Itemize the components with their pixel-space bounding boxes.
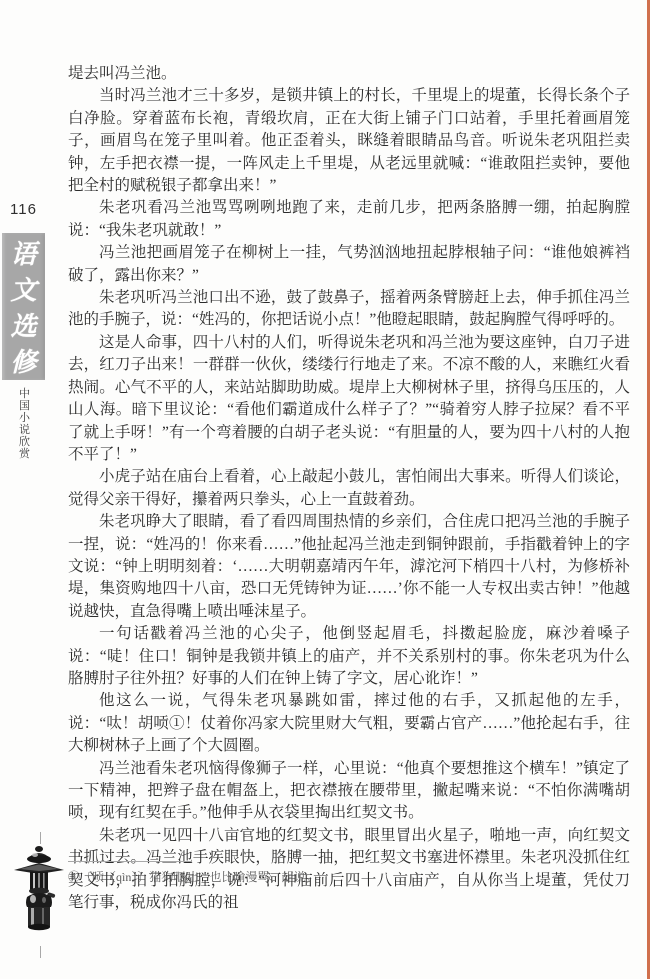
series-char: 文 xyxy=(6,274,42,310)
margin-tick xyxy=(40,946,41,958)
paragraph: 冯兰池看朱老巩恼得像狮子一样，心里说：“他真个要想推这个横车！”镇定了一下精神，… xyxy=(68,758,630,825)
page-number: 116 xyxy=(10,201,37,218)
margin-tick xyxy=(40,832,41,844)
paragraph: 一句话戳着冯兰池的心尖子，他倒竖起眉毛，抖擞起脸庞，麻沙着嗓子说：“唗！住口！铜… xyxy=(68,623,630,690)
footnote-separator xyxy=(68,861,192,862)
body-text: 堤去叫冯兰池。 当时冯兰池才三十多岁，是锁井镇上的村长，千里堤上的堤董，长得长条… xyxy=(68,63,630,914)
series-char: 修 xyxy=(6,346,42,382)
course-char: 中 xyxy=(19,388,30,400)
course-char: 欣 xyxy=(19,436,30,448)
paragraph: 朱老巩看冯兰池骂骂咧咧地跑了来，走前几步，把两条胳膊一绷，拍起胸膛说：“我朱老巩… xyxy=(68,197,630,242)
series-char: 语 xyxy=(6,238,42,274)
paragraph: 朱老巩听冯兰池口出不逊，鼓了鼓鼻子，摇着两条臂膀赶上去，伸手抓住冯兰池的手腕子，… xyxy=(68,287,630,332)
paragraph: 他这么一说，气得朱老巩暴跳如雷，摔过他的右手，又抓起他的左手，说：“呔！胡唝①！… xyxy=(68,690,630,757)
course-char: 小 xyxy=(19,412,30,424)
paragraph: 堤去叫冯兰池。 xyxy=(68,63,630,85)
paragraph: 小虎子站在庙台上看着，心上敲起小鼓儿，害怕闹出大事来。听得人们谈论，觉得父亲干得… xyxy=(68,466,630,511)
textbook-page: 116 语 文 选 修 中 国 小 说 欣 赏 堤去叫冯兰池。 当时冯兰池才三十… xyxy=(0,0,650,979)
course-char: 赏 xyxy=(19,448,30,460)
footnote-text: ①〔唝（qìn）〕猫狗呕吐，也比喻漫骂、胡说。 xyxy=(68,869,608,885)
paragraph: 朱老巩睁大了眼睛，看了看四周围热情的乡亲们，合住虎口把冯兰池的手腕子一捏，说：“… xyxy=(68,511,630,623)
series-banner: 语 文 选 修 xyxy=(2,233,45,380)
course-char: 国 xyxy=(19,400,30,412)
series-char: 选 xyxy=(6,310,42,346)
paragraph: 冯兰池把画眉笼子在柳树上一挂，气势汹汹地扭起脖根轴子问：“谁他娘裤裆破了，露出你… xyxy=(68,242,630,287)
paragraph: 当时冯兰池才三十多岁，是锁井镇上的村长，千里堤上的堤董，长得长条个子白净脸。穿着… xyxy=(68,85,630,197)
course-title-vertical: 中 国 小 说 欣 赏 xyxy=(17,388,32,460)
paragraph: 这是人命事，四十八村的人们，听得说朱老巩和冯兰池为要这座钟，白刀子进去，红刀子出… xyxy=(68,332,630,466)
kerosene-lamp-icon xyxy=(13,845,65,935)
series-title-vertical: 语 文 选 修 xyxy=(2,233,45,382)
course-char: 说 xyxy=(19,424,30,436)
